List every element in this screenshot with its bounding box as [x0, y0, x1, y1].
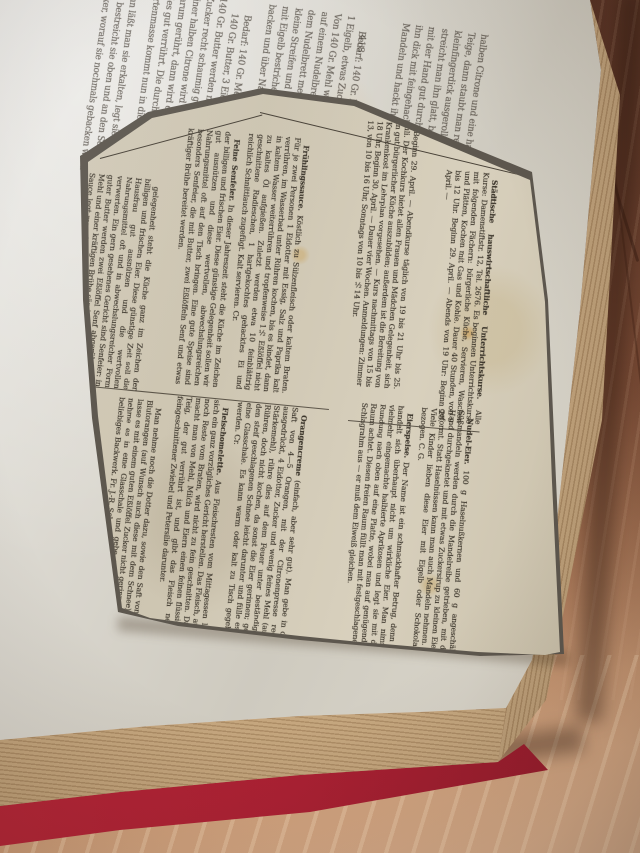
article-text: 100 g Haselnußkernen und 60 g angeschält… [410, 407, 471, 659]
book-page-number: 418 [355, 34, 368, 53]
article-unterrichtskurse: Städtische hauswirtschaftliche Unterrich… [427, 169, 500, 424]
news-column-center-upper: Frühlingssauce. Köstlich zu Sülzenfleisc… [144, 126, 312, 394]
article-text: Aus Fleischresten vom Mittagessen läßt s… [158, 396, 223, 638]
article-text: (einfach, aber sehr gut). Man gebe in de… [222, 401, 302, 645]
article-text: Der Name ist ein schmackhafter Betrug, d… [346, 402, 411, 654]
photo-scene: halben Citrone und eine halbe Tasse süße… [0, 0, 640, 853]
news-column-mid-lower: Nudel-Eier. 100 g Haselnußkernen und 60 … [311, 400, 476, 659]
article-orangencreme: Orangencreme (einfach, aber sehr gut). M… [213, 401, 309, 645]
article-text: In dieser Jahreszeit steht die Küche im … [174, 128, 236, 388]
article-text: Köstlich zu Sülzenfleisch oder kaltem Br… [231, 133, 305, 394]
article-course-details: Beginn 29. April. — Abendkurse täglich v… [345, 120, 421, 390]
news-column-courses: Städtische hauswirtschaftliche Unterrich… [406, 168, 499, 425]
news-column-center-lower: Orangencreme (einfach, aber sehr gut). M… [135, 394, 309, 645]
news-column-mid-upper: Beginn 29. April. — Abendkurse täglich v… [295, 116, 422, 389]
